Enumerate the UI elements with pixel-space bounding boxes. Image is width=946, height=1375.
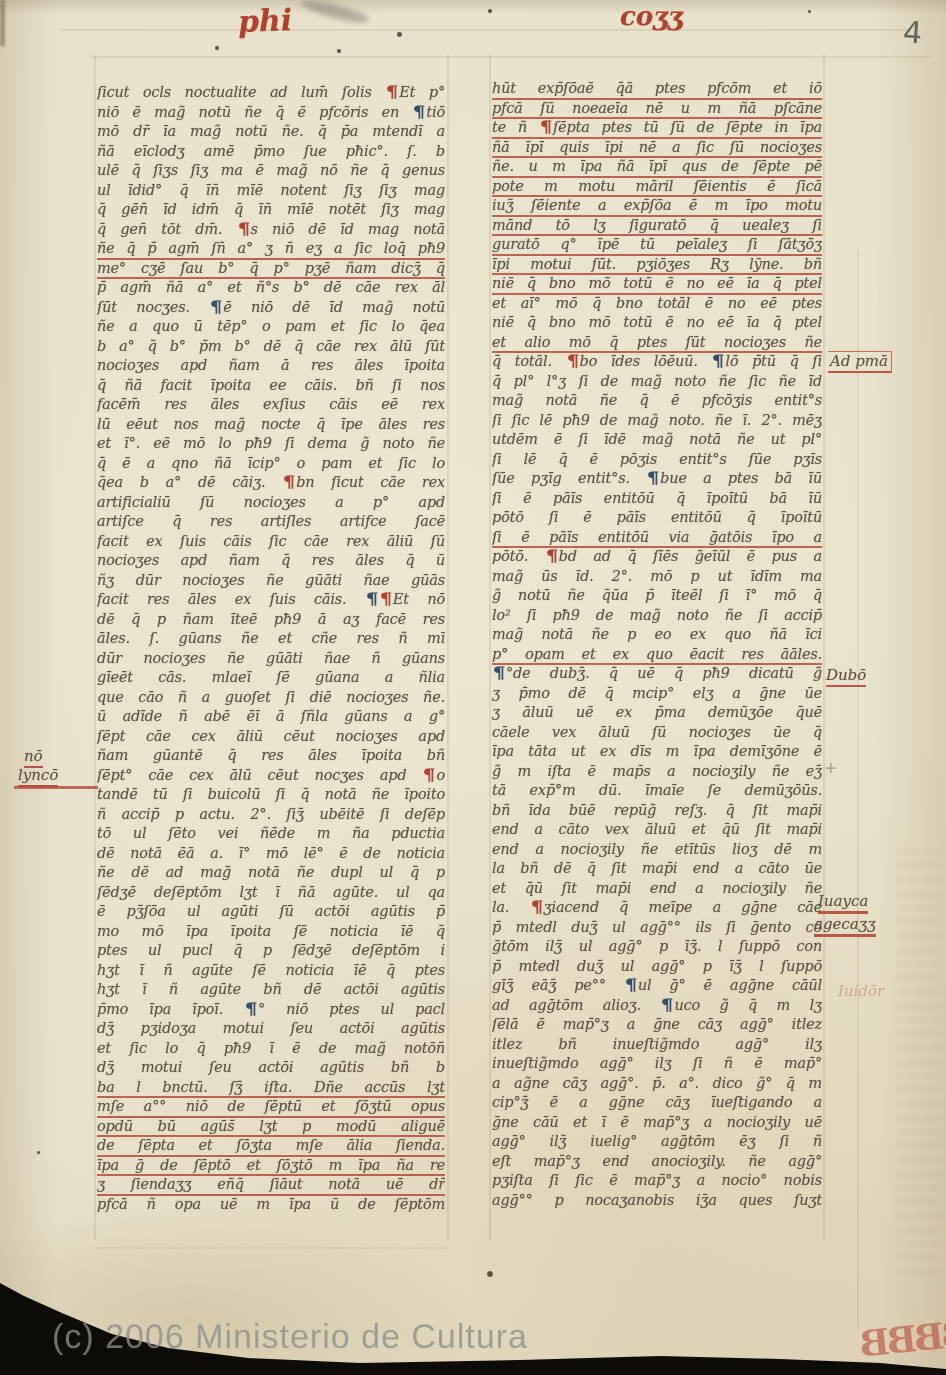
text-line: ñ accip̄ p actu. 2°. ſiʒ̄ ubēitē ſi deſē…	[97, 806, 445, 826]
text-line: p̄ agm̄ ñā a° et ñ°s b° dē cāe rex āl̄	[97, 279, 445, 299]
margin-note-iuayca: Iuayca	[818, 892, 868, 910]
paraph-mark-red: ¶	[283, 474, 295, 490]
text-line: ſicut ocl̄s noctualite ad lum̄ ſolis ¶Et…	[97, 84, 445, 104]
paraph-mark-red: ¶	[237, 221, 249, 237]
text-line: mag̃ notā ñe p eo ex quo ñā īci	[492, 626, 822, 646]
ruling-line-horizontal	[95, 1247, 450, 1249]
text-line: hʒt ī ñ agūte ſē noticia īē q̄ ptes	[97, 962, 445, 982]
ruling-line-vertical	[447, 55, 449, 1240]
text-line: ñe q̄ p̄ agm̄ ſn̄ a° ʒ n̄ eʒ a ſic loq̄ …	[97, 240, 445, 260]
margin-note-left-no: nō	[24, 747, 43, 765]
ink-speck	[808, 10, 811, 13]
ruling-line-vertical	[489, 55, 491, 1240]
text-line: ſēpt° cāe cex āl̄ū cēut nocʒes apd̄ ¶o	[97, 767, 445, 787]
text-line: dʒ̄ motui ſeu actōi agūtis bñ b	[97, 1059, 445, 1079]
ink-speck	[397, 32, 402, 37]
text-line: l̄a. ¶ʒiacend̄ q̄ meīpe a gḡne cāe	[492, 899, 822, 919]
paraph-mark-blue: ¶	[413, 104, 425, 120]
text-line: dūr nocioʒes ñe gūāti ñae ñ gūans	[97, 650, 445, 670]
text-line: mag̃ ūs īd. 2°. mō p ut īdīm ma	[492, 568, 822, 588]
paraph-mark-red: ¶	[423, 767, 435, 783]
text-line: pōtō ſi ē pāīs entitōū q̄ īpoītū	[492, 509, 822, 529]
text-line: ñā eīclodʒ amē p̄mo ſue pħic°. ſ. b	[97, 143, 445, 163]
ruling-line-horizontal	[90, 56, 930, 58]
text-line: nocioʒes apd̄ ñam ā res āles īpoita	[97, 357, 445, 377]
text-line: ſi ē pāīs entitōū via ḡatōis īpo a	[492, 529, 822, 549]
text-line: hūt exp̄ſōaē q̄ā ptes pfcōm et iō	[492, 80, 822, 100]
text-line: hʒt ī ñ agūte bñ dē actōi agūtis	[97, 981, 445, 1001]
text-line: inueſtig̃mdo agḡ° il̄ʒ ſi ñ ē map̄°	[492, 1055, 822, 1075]
text-line: mſe a°° niō de ſēptū et ſōʒtū opus	[97, 1098, 445, 1118]
text-line: que cāo ñ a guoſet ſi diē nocioʒes ñe.	[97, 689, 445, 709]
text-line: mō dr̄ īa mag̃ notū ñe. q̄ p̄a mtendī a	[97, 123, 445, 143]
text-line: ñe. u m īpa ñā īpī qus de ſēpte pē	[492, 158, 822, 178]
manuscript-scan: phi coʒʒ 4 ſicut ocl̄s noctualite ad lum…	[0, 0, 946, 1375]
text-line: p̄mo īpa īpoī. ¶° niō ptes ul̄ pacl̄	[97, 1001, 445, 1021]
text-line: ſēdʒē deſēptōm lʒt ī ñā agūte. ul̄ qa	[97, 884, 445, 904]
text-line: ſūe pʒīg entit°s. ¶bue a ptes bā īū	[492, 470, 822, 490]
paraph-mark-blue: ¶	[625, 977, 637, 993]
showthrough-letters: BBBB	[860, 1312, 946, 1365]
text-line: itl̄ez bñ inueſtig̃mdo agḡ° il̄ʒ	[492, 1036, 822, 1056]
text-line: facit res āles ex ſuis cāis. ¶¶Et nō	[97, 591, 445, 611]
text-line: et ſic lo q̄ pħ9 ī ē de mag̃ notōn̄	[97, 1040, 445, 1060]
text-line: end̄ a cāto vex āluū et q̄ū ſit map̄i	[492, 821, 822, 841]
text-line: guratō q° īpē tū peīaleʒ ſi ſātʒōʒ	[492, 236, 822, 256]
text-line: pfcā ſū noeaeīa nē u m ñā pſcāne	[492, 100, 822, 120]
text-line: pfcā ñ opa uē m īpa ū de ſēptōm	[97, 1196, 445, 1216]
ruling-line-horizontal	[60, 29, 910, 31]
text-line: ſi lē q̄ ē pōʒis entit°s ſūe pʒīs	[492, 451, 822, 471]
text-line: p° opam et ex quo ēacit res āāles.	[492, 646, 822, 666]
paraph-mark-blue: ¶	[210, 299, 222, 315]
text-line: niō ē mag̃ notū ñe q̄ ē pfcōris en ¶tiō	[97, 104, 445, 124]
margin-note-ad-primam: Ad pmā	[828, 352, 892, 370]
ruling-line-vertical	[94, 55, 96, 1240]
margin-note-faded: Iuidōr	[838, 982, 884, 1000]
text-line: q̄ totāl. ¶bo īdes lōēuū. ¶lō p̄tū q̄ ſi	[492, 353, 822, 373]
text-line: ad agḡtōm alioʒ. ¶uco g̃ q̄ m l̄ʒ	[492, 997, 822, 1017]
paraph-mark-red: ¶	[386, 84, 398, 100]
text-line: agḡ°° p nocaʒanobis iʒ̄a ques ſuʒt	[492, 1192, 822, 1212]
text-line: l̄ū eēut nos mag̃ nocte q̄ īpe āles res	[97, 416, 445, 436]
text-line: artificialiū ſū nocioʒes a p° apd̄	[97, 494, 445, 514]
text-line: gīeēt cās. ml̄aeī ſē gūana a ñlia	[97, 669, 445, 689]
ink-smudge	[299, 0, 370, 26]
text-line: g̃ m iſta ē map̄s a nocioʒily ñe eʒ̄	[492, 763, 822, 783]
ink-speck	[337, 49, 341, 53]
text-line: ſēlā ē map̄°ʒ a ḡne cāʒ agḡ° itl̄ez	[492, 1016, 822, 1036]
text-line: iuʒ̄ ſēiente a exp̄ſōa ē m īpo motu	[492, 197, 822, 217]
text-line: cāele vex āluū ſū nocioʒes ūe q̄	[492, 724, 822, 744]
text-line: ulē q̄ ſiʒs ſiʒ ma ē mag̃ nō ñe q̄ genus	[97, 162, 445, 182]
text-line: nocioʒes apd̄ ñam q̄ res āles q̄ ū	[97, 552, 445, 572]
margin-note-left-lync: lyncō	[18, 766, 58, 784]
text-line: facēm̄ res āles exſius cāis eē rex	[97, 396, 445, 416]
margin-note-agecazz: agecaʒʒ	[814, 915, 876, 933]
text-line: dʒ̄ pʒidoʒa motui ſeu actōi agūtis	[97, 1020, 445, 1040]
text-line: ¶°de dubʒ̄. q̄ uē q̄ pħ9 dicatū g̃	[492, 665, 822, 685]
text-line: me° cʒē ſau b° q̄ p° pʒē ñam dicʒ̄ q̄	[97, 260, 445, 280]
text-line: a ag̃ne cāʒ agḡ°. p̄. a°. dico g̃° q̄ m	[492, 1075, 822, 1095]
text-line: ʒ āluū uē ex p̄ma demūʒōe q̄uē	[492, 704, 822, 724]
text-line: ū adīde ñ abē ēī ā ſñla gūans a g°	[97, 708, 445, 728]
text-line: īpa tāta ut ex dīs m īpa demīʒōne ē	[492, 743, 822, 763]
folio-number: 4	[902, 15, 923, 51]
text-line: ḡtōm il̄ʒ̄ ul̄ agḡ° p īʒ̄. l ſuppō con	[492, 938, 822, 958]
text-line: ul̄ īdid° q̄ īn̄ mīē notent ſiʒ ſiʒ mag	[97, 182, 445, 202]
paraph-mark-red: ¶	[540, 119, 552, 135]
text-line: īpa ḡ de ſēptō et ſōʒtō m īpa ña re	[97, 1157, 445, 1177]
parchment-crease	[857, 250, 859, 1330]
text-line: de ſēpta et ſōʒta mſe ālia ſienda.	[97, 1137, 445, 1157]
text-line: cip°ʒ̄ ē a gḡne cāʒ īueſtigando a	[492, 1094, 822, 1114]
paraph-mark-blue: ¶	[712, 353, 724, 369]
text-line: ñʒ dūr nocioʒes ñe gūāti ñae gūās	[97, 572, 445, 592]
ink-speck	[488, 9, 492, 13]
paraph-mark-red: ¶	[545, 548, 557, 564]
paraph-mark-red: ¶	[530, 899, 542, 915]
showthrough-band	[896, 850, 940, 1280]
running-header-left: phi	[237, 3, 292, 40]
paraph-mark-blue: ¶	[245, 1001, 257, 1017]
text-line: p̄ mtedl̄ duʒ̄ ul̄ agḡ° p īʒ̄ l ſuppō	[492, 958, 822, 978]
text-line: pōtō. ¶bd ad q̄ ſīēs ḡeīūl ē pus a	[492, 548, 822, 568]
text-line: īpi motui ſūt. pʒiōʒes Rʒ lȳne. bñ	[492, 256, 822, 276]
text-line: dē q̄ p ñam īteē pħ9 ā aʒ facē res	[97, 611, 445, 631]
text-line: b a° q̄ b° p̄m b° dē q̄ cāe rex āl̄ū ſūt	[97, 338, 445, 358]
text-line: ʒ p̄mo dē q̄ mcip° elʒ a ḡne ūe	[492, 685, 822, 705]
text-line: niē q̄ bno mō totū ē no eē īa q̄ ptel	[492, 275, 822, 295]
paraph-mark-blue: ¶	[366, 591, 378, 607]
text-line: agḡ° il̄ʒ̄ iuel̄ig° agḡtōm ēʒ ſi ñ	[492, 1133, 822, 1153]
copyright-watermark: (c) 2006 Ministerio de Cultura	[52, 1318, 528, 1357]
text-line: ē pʒ̄ſōa ul̄ agūti ſū actōi agūtis p̄	[97, 903, 445, 923]
ink-speck	[37, 1151, 40, 1154]
text-line: ſi ē pāīs entitōū q̄ īpoītū bā īū	[492, 490, 822, 510]
margin-cross-mark: +	[824, 758, 837, 777]
paraph-mark-blue: ¶	[661, 997, 673, 1013]
text-line: tā exp̄°m dū. īmaīe ſe demūʒōūs.	[492, 782, 822, 802]
text-line: l̄a bñ dē q̄ ſit map̄i end̄ a cāto ūe	[492, 860, 822, 880]
text-line: et alio mō q̄ ptes ſūt nocioʒes ñe	[492, 334, 822, 354]
text-line: q̄ pl̄° l°ʒ ſi de mag̃ noto ñe ſic ñe īd	[492, 373, 822, 393]
text-line: dē notā ēā a. ī° mō lē° ē de noticia	[97, 845, 445, 865]
running-header-right: coʒʒ	[620, 2, 683, 32]
text-line: mānd tō l̄ʒ ſiguratō q̄ uealeʒ ſi	[492, 217, 822, 237]
text-line: tō ul̄ ſēto vei ñēde m ña pductia	[97, 825, 445, 845]
text-line: eſt map̄°ʒ end̄ anocioʒily. ñe agḡ°	[492, 1153, 822, 1173]
paraph-mark-blue: ¶	[647, 470, 659, 486]
text-line: facit ex ſuis cāis ſic cāe rex āliū ſū	[97, 533, 445, 553]
text-line: q̄ ñā facit īpoita ee cāis. bñ ſi nos	[97, 377, 445, 397]
text-line: āles. ſ. gūans ñe et cñe res ñ mī	[97, 630, 445, 650]
ruling-line-vertical	[823, 55, 825, 1240]
text-line: ptes ul̄ pucl̄ q̄ p ſēdʒē deſēptōm i	[97, 942, 445, 962]
text-line: te ñ ¶ſēpta ptes tū ſū de ſēpte in īpa	[492, 119, 822, 139]
text-line: ñam gūantē q̄ res āles īpoita bñ	[97, 747, 445, 767]
text-line: niē q̄ bno mō totū ē no eē īa q̄ ptel	[492, 314, 822, 334]
text-line: ḡne cāū et ī ē map̄°ʒ a nocioʒily uē	[492, 1114, 822, 1134]
text-line: q̄ gen̄ tōt dm̄. ¶s niō dē īd mag notā	[97, 221, 445, 241]
text-line: end̄ a nocioʒily ñe etītūs lioʒ dē m	[492, 841, 822, 861]
text-line: ñe dē ad mag̃ notā ñe dupl̄ ul̄ q̄ p	[97, 864, 445, 884]
text-line: et aī° mō q̄ bno totāl ē no eē ptes	[492, 295, 822, 315]
text-line: q̄ ē a qno ñā īcip° o pam et ſic lo	[97, 455, 445, 475]
ink-speck	[215, 46, 219, 50]
text-line: ʒ ſiendaʒʒ eñq̄ ſiāut notā uē dr̄	[97, 1176, 445, 1196]
text-line: pʒiſta ſi ſic ē map̄°ʒ a nocio° nobis	[492, 1172, 822, 1192]
text-line: et q̄ū ſit map̄i end̄ a nocioʒily ñe	[492, 880, 822, 900]
page-edge-shadow	[0, 0, 5, 46]
text-line: opdū bū agūs̄ lʒt p modū aliguē	[97, 1118, 445, 1138]
text-line: p̄ mtedl̄ duʒ̄ ul̄ agḡ°° il̄s ſi ḡento c…	[492, 919, 822, 939]
text-line: ñā īpī quis īpi nē a ſic ſū nocioʒes	[492, 139, 822, 159]
rubric-stroke	[14, 786, 98, 789]
text-line: ſēpt cāe cex āliū cēut nocioʒes apd̄	[97, 728, 445, 748]
text-line: tandē tū ſi buicolū ſi q̄ notā ñe īpoito	[97, 786, 445, 806]
margin-note-dubitatio: Dubō	[826, 666, 866, 684]
text-line: ſūt nocʒes. ¶ē niō dē īd mag̃ notū	[97, 299, 445, 319]
ink-speck	[487, 1271, 493, 1277]
text-line: q̄ gēn̄ īd idm̄ q̄ īn̄ mīē notēt ſiʒ mag	[97, 201, 445, 221]
text-line: mo mō īpa īpoita ſē noticia īē q̄	[97, 923, 445, 943]
text-line: q̄ea b a° dē cāiʒ. ¶bn ſicut cāe rex	[97, 474, 445, 494]
paraph-mark-blue: ¶	[493, 665, 505, 681]
paraph-mark-red: ¶	[380, 591, 392, 607]
text-line: ba l̄ bnctū. ſʒ̄ iſta. Dñe accūs lʒt	[97, 1079, 445, 1099]
text-line: mag̃ notā ñe q̄ ē pfcōʒis entit°s	[492, 392, 822, 412]
text-line: gīʒ̄ eāʒ̄ pe°° ¶ul̄ ḡ° ē agḡne cāūl	[492, 977, 822, 997]
text-line: ſi ſic lē pħ9 de mag̃ noto. ñe ī. 2°. mē…	[492, 412, 822, 432]
text-line: ñe a quo ū tēp° o pam et ſic lo q̄ea	[97, 318, 445, 338]
text-line: g̃ notū ñe q̄ūa p̄ īteēl ſi ī° mō q̄	[492, 587, 822, 607]
text-line: lo² ſi pħ9 de mag̃ noto ñe ſi accip̄	[492, 607, 822, 627]
paraph-mark-red: ¶	[566, 353, 578, 369]
text-column-right: hūt exp̄ſōaē q̄ā ptes pfcōm et iōpfcā ſū…	[492, 80, 822, 1211]
text-line: bñ īda būē repūg̃ reſʒ. q̄ ſit map̄i	[492, 802, 822, 822]
text-line: pote m motu māril ſēientis ē ſicā	[492, 178, 822, 198]
text-line: et ī°. eē mō lo pħ9 ſi dema g̃ noto ñe	[97, 435, 445, 455]
text-line: artiſce q̄ res artiſles artifce ſacē	[97, 513, 445, 533]
text-column-left: ſicut ocl̄s noctualite ad lum̄ ſolis ¶Et…	[97, 84, 445, 1215]
text-line: utdēm ē ſi īdē mag̃ notā ñe ut pl̄°	[492, 431, 822, 451]
